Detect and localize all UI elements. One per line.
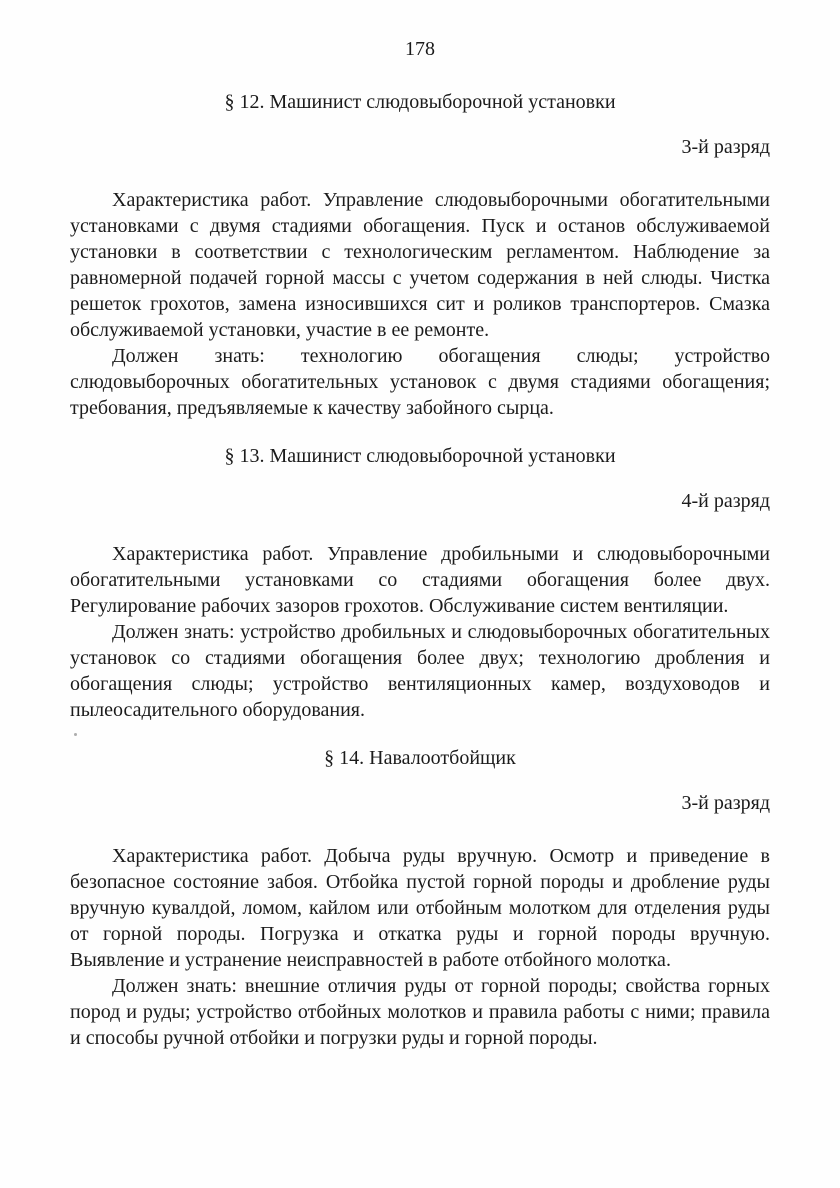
section-12: § 12. Машинист слюдовыборочной установки…	[70, 89, 770, 421]
section-13: § 13. Машинист слюдовыборочной установки…	[70, 443, 770, 723]
section-body: Характеристика работ. Добыча руды вручну…	[70, 843, 770, 1051]
paragraph-characteristics: Характеристика работ. Управление дробиль…	[70, 541, 770, 619]
grade-label: 4-й разряд	[70, 488, 770, 514]
section-heading: § 14. Навалоотбойщик	[70, 745, 770, 771]
paragraph-characteristics: Характеристика работ. Управление слюдовы…	[70, 187, 770, 343]
section-body: Характеристика работ. Управление дробиль…	[70, 541, 770, 723]
paragraph-must-know: Должен знать: устройство дробильных и сл…	[70, 619, 770, 723]
section-14: § 14. Навалоотбойщик 3-й разряд Характер…	[70, 745, 770, 1051]
scan-speck-artifact	[74, 733, 77, 736]
paragraph-must-know: Должен знать: технологию обогащения слюд…	[70, 343, 770, 421]
grade-label: 3-й разряд	[70, 134, 770, 160]
page-number: 178	[70, 36, 770, 62]
paragraph-characteristics: Характеристика работ. Добыча руды вручну…	[70, 843, 770, 973]
section-heading: § 12. Машинист слюдовыборочной установки	[70, 89, 770, 115]
section-heading: § 13. Машинист слюдовыборочной установки	[70, 443, 770, 469]
section-body: Характеристика работ. Управление слюдовы…	[70, 187, 770, 421]
paragraph-must-know: Должен знать: внешние отличия руды от го…	[70, 973, 770, 1051]
document-page: 178 § 12. Машинист слюдовыборочной устан…	[0, 0, 840, 1188]
grade-label: 3-й разряд	[70, 790, 770, 816]
